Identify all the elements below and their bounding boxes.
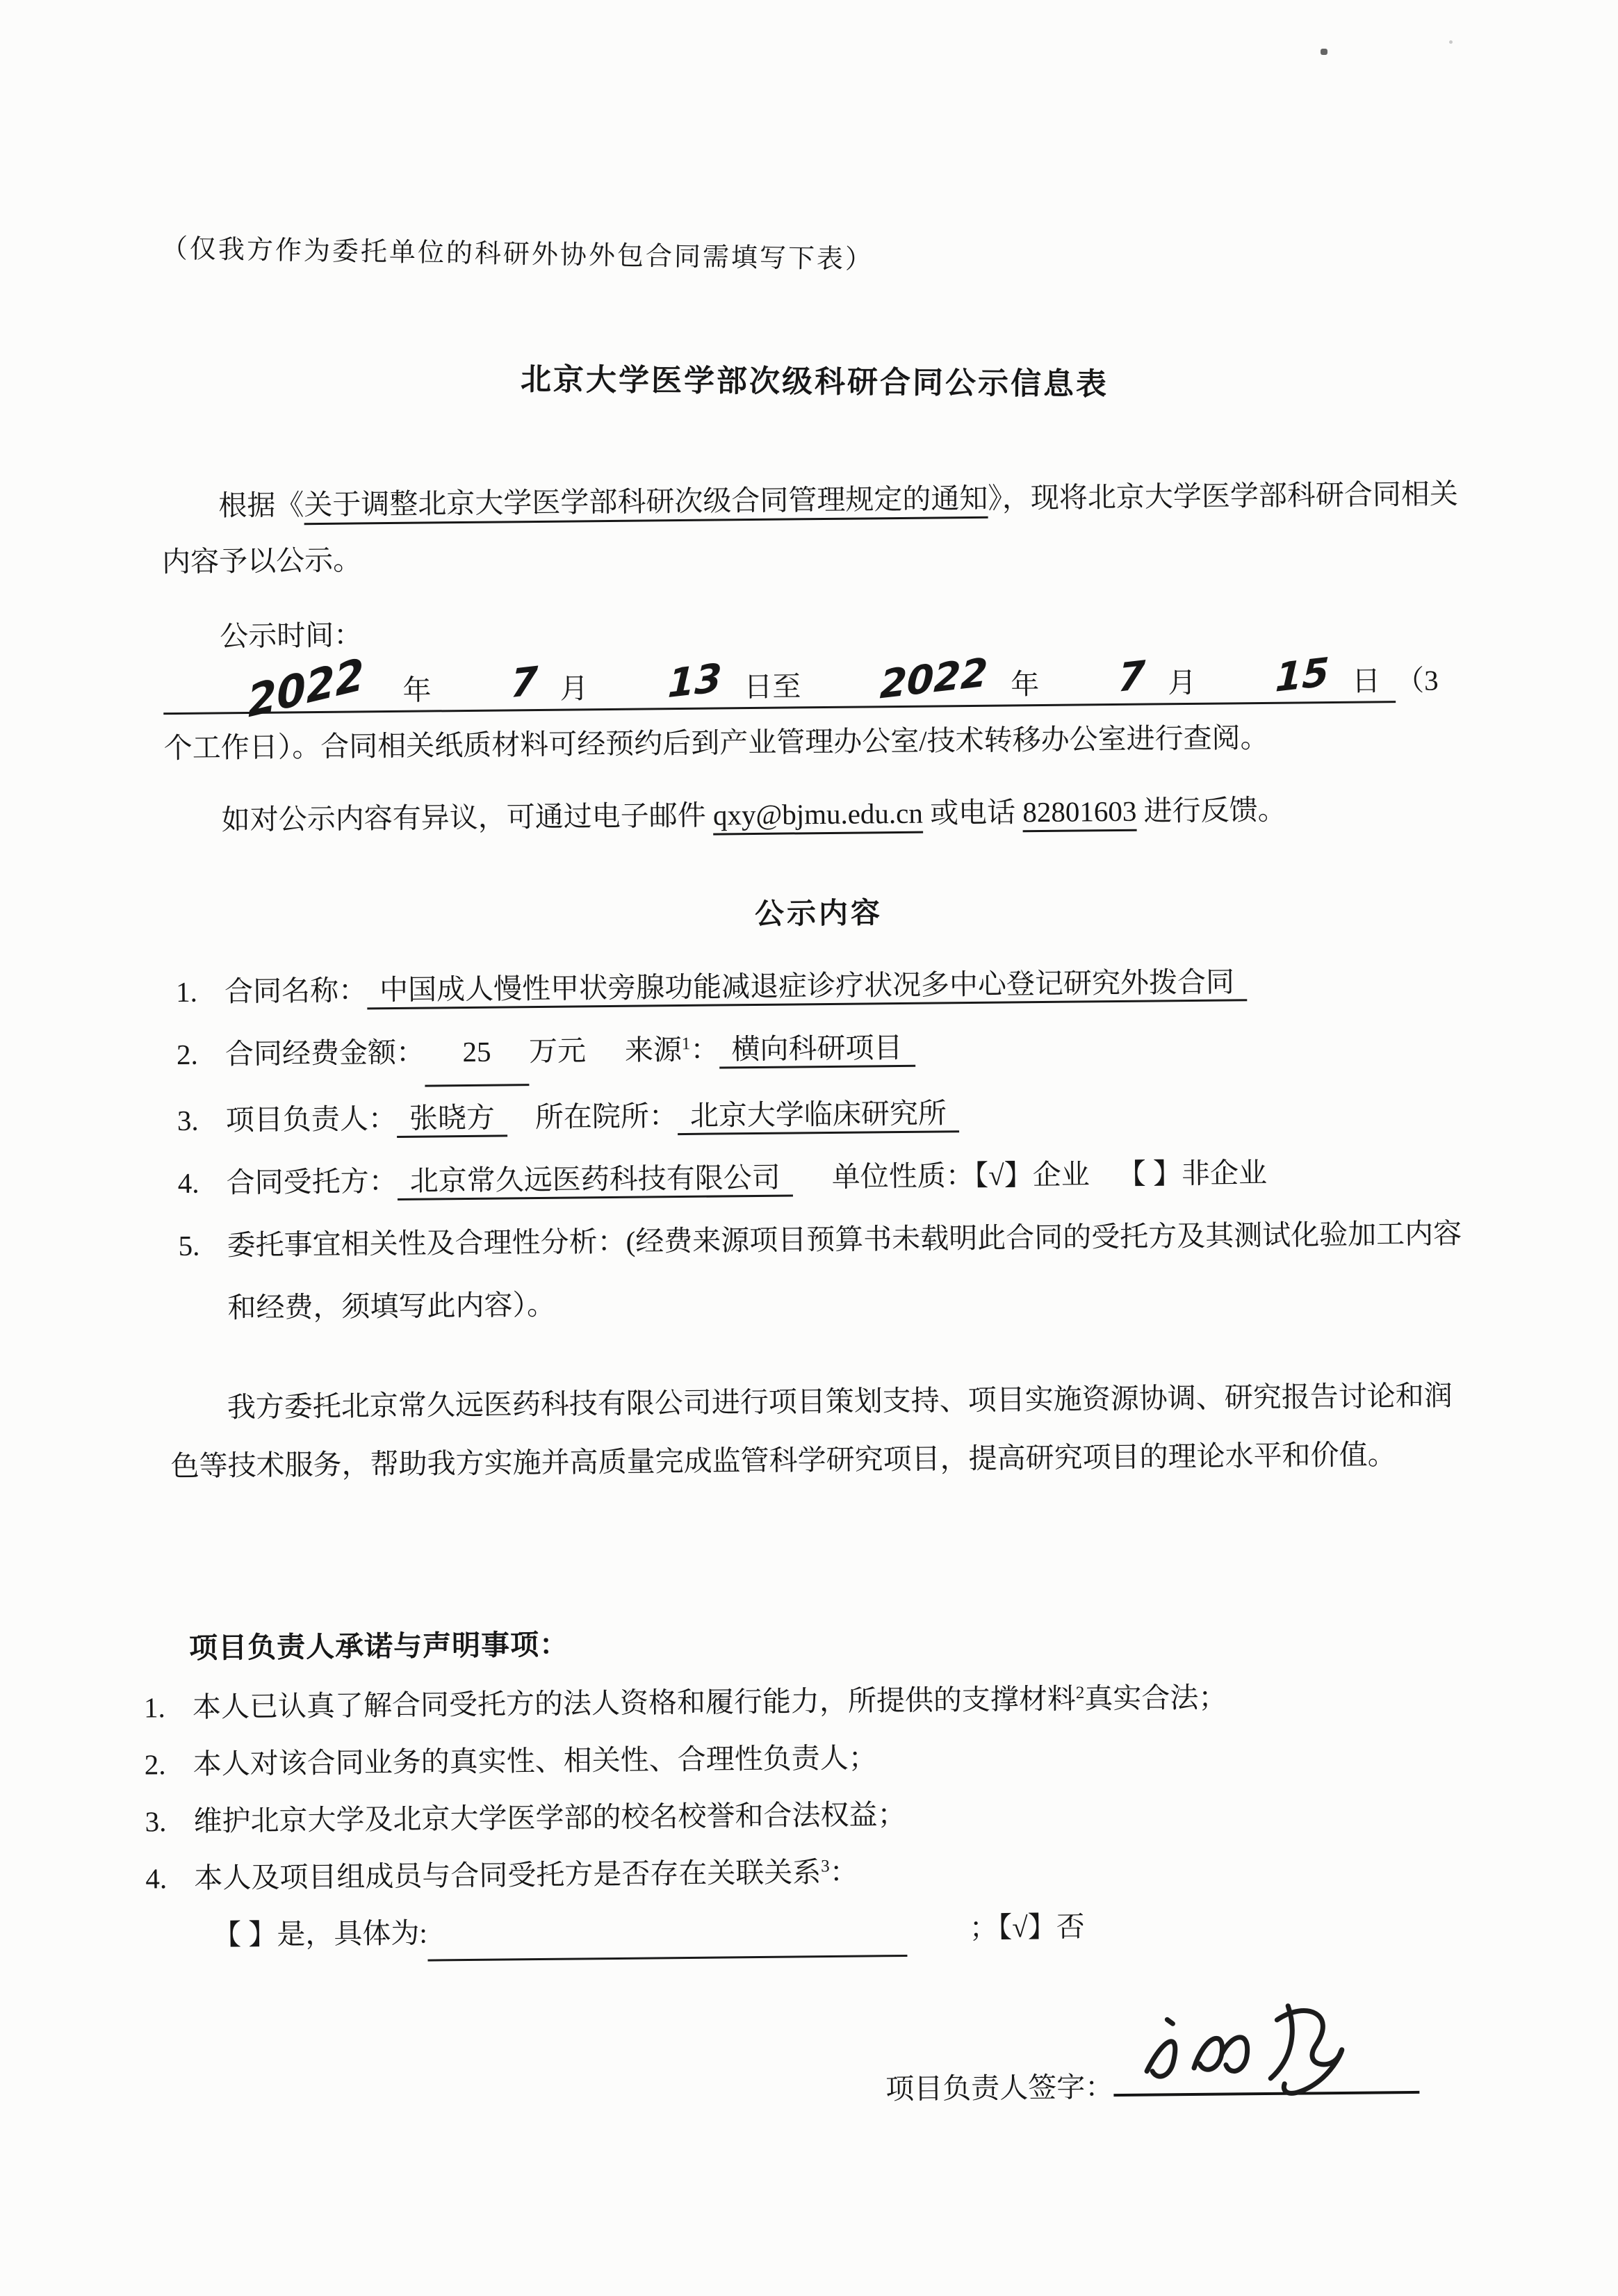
relevance-analysis-text: 委托事宜相关性及合理性分析：(经费来源项目预算书未载明此合同的受托方及其测试化验… <box>227 1202 1476 1339</box>
no-option-label: 否 <box>1056 1911 1085 1943</box>
contract-amount-value: 25 <box>425 1020 530 1086</box>
signature-blank-line <box>1113 2059 1419 2096</box>
affiliation-value: 北京大学临床研究所 <box>678 1097 959 1135</box>
relation-answer-line: 【 】是，具体为:；【√】否 <box>213 1894 1482 1964</box>
handwritten-end-year: 2022 <box>824 673 988 692</box>
handwritten-start-month: 7 <box>454 682 537 692</box>
item-number: 3. <box>135 1793 194 1850</box>
scan-artifact-dot <box>1449 40 1453 44</box>
commitment-1-post: 真实合法； <box>1084 1682 1227 1715</box>
item-text: 合同受托方：北京常久远医药科技有限公司单位性质：【√】企业【 】非企业 <box>226 1139 1475 1214</box>
item-text: 项目负责人：张晓方所在院所：北京大学临床研究所 <box>225 1077 1474 1151</box>
contract-name-value: 中国成人慢性甲状旁腺功能减退症诊疗状况多中心登记研究外拨合同 <box>367 966 1247 1009</box>
trustee-label: 合同受托方： <box>227 1165 398 1198</box>
relation-detail-blank <box>427 1930 907 1962</box>
item-number: 2. <box>134 1736 193 1793</box>
item-number: 4. <box>136 1850 195 1907</box>
amount-unit-label: 万元 <box>529 1034 586 1067</box>
funding-source-value: 横向科研项目 <box>719 1032 915 1069</box>
item-number: 4. <box>167 1151 227 1214</box>
feedback-paragraph: 如对公示内容有异议，可通过电子邮件 qxy@bjmu.edu.cn 或电话 82… <box>164 780 1471 848</box>
item-number: 2. <box>167 1023 226 1089</box>
funding-source-label: 来源 <box>625 1034 682 1066</box>
intro-paragraph: 根据《关于调整北京大学医学部科研次级合同管理规定的通知》，现将北京大学医学部科研… <box>161 466 1469 589</box>
signature-row: 项目负责人签字： <box>177 2055 1484 2124</box>
section-title-publicity-content: 公示内容 <box>165 880 1473 948</box>
commitment-section: 项目负责人承诺与声明事项： 1. 本人已认真了解合同受托方的法人资格和履行能力，… <box>172 1608 1482 1964</box>
item-number: 1. <box>134 1679 193 1736</box>
feedback-prefix: 如对公示内容有异议，可通过电子邮件 <box>222 799 714 836</box>
commitment-4-post: ： <box>830 1856 858 1888</box>
list-item-relevance-analysis: 5. 委托事宜相关性及合理性分析：(经费来源项目预算书未载明此合同的受托方及其测… <box>168 1202 1476 1340</box>
feedback-middle: 或电话 <box>923 796 1023 829</box>
project-leader-label: 项目负责人： <box>226 1102 397 1136</box>
handwritten-signature <box>1125 1991 1384 2105</box>
year-unit-label: 年 <box>1011 668 1039 700</box>
intro-prefix: 根据《 <box>218 489 304 521</box>
relation-separator: ； <box>969 1912 997 1944</box>
yes-option-label: 是，具体为: <box>277 1905 427 1963</box>
publicity-items-list: 1. 合同名称：中国成人慢性甲状旁腺功能减退症诊疗状况多中心登记研究外拨合同 2… <box>166 948 1476 1340</box>
contract-name-label: 合同名称： <box>224 974 367 1007</box>
relation-tail: ；【√】否 <box>969 1898 1085 1957</box>
checkbox-non-enterprise-unchecked: 【 】 <box>1117 1157 1182 1190</box>
commitment-4-pre: 本人及项目组成员与合同受托方是否存在关联关系 <box>194 1856 821 1894</box>
publicity-period-paragraph: 公示时间：2022年7月13日至2022年7月15日（3 个工作日）。合同相关纸… <box>163 596 1471 776</box>
checkbox-enterprise-checked: 【√】 <box>974 1159 1032 1191</box>
item-number: 1. <box>166 960 225 1023</box>
feedback-email: qxy@bjmu.edu.cn <box>713 797 923 831</box>
item-text: 合同名称：中国成人慢性甲状旁腺功能减退症诊疗状况多中心登记研究外拨合同 <box>224 948 1473 1023</box>
footnote-marker-1: 1 <box>682 1034 691 1053</box>
handwritten-start-year: 2022 <box>193 674 364 716</box>
commitment-heading: 项目负责人承诺与声明事项： <box>189 1608 1480 1676</box>
scanned-document-page: （仅我方作为委托单位的科研外协外包合同需填写下表） 北京大学医学部次级科研合同公… <box>0 0 1618 2296</box>
document-title: 北京大学医学部次级科研合同公示信息表 <box>161 349 1469 416</box>
handwritten-start-day: 13 <box>611 678 721 691</box>
referenced-notice-title: 关于调整北京大学医学部科研次级合同管理规定的通知 <box>304 482 988 521</box>
option-enterprise-label: 企业 <box>1032 1158 1089 1191</box>
affiliation-label: 所在院所： <box>535 1100 678 1133</box>
handwritten-end-day: 15 <box>1219 673 1330 685</box>
analysis-paragraph: 我方委托北京常久远医药科技有限公司进行项目策划支持、项目实施资源协调、研究报告讨… <box>170 1366 1478 1495</box>
item-number: 3. <box>167 1089 226 1152</box>
document-content: （仅我方作为委托单位的科研外协外包合同需填写下表） 北京大学医学部次级科研合同公… <box>161 221 1468 2122</box>
month-unit-label: 月 <box>1168 667 1196 699</box>
contract-amount-label: 合同经费金额： <box>225 1036 425 1070</box>
item-text: 合同经费金额：25万元来源1：横向科研项目 <box>225 1011 1474 1089</box>
handwritten-end-month: 7 <box>1062 676 1145 685</box>
signature-label: 项目负责人签字： <box>885 2059 1114 2117</box>
commitment-1-pre: 本人已认真了解合同受托方的法人资格和履行能力，所提供的支撑材料 <box>193 1683 1076 1723</box>
item-number: 5. <box>168 1214 228 1340</box>
trustee-company-name: 北京常久远医药科技有限公司 <box>398 1161 793 1200</box>
feedback-suffix: 进行反馈。 <box>1136 794 1286 827</box>
entity-nature-label: 单位性质： <box>831 1159 974 1193</box>
feedback-phone: 82801603 <box>1022 795 1136 829</box>
checkbox-yes-unchecked: 【 】 <box>213 1906 277 1964</box>
day-to-label: 日至 <box>744 670 801 703</box>
scan-artifact-speck <box>1321 49 1327 55</box>
project-leader-name: 张晓方 <box>397 1101 507 1138</box>
footnote-marker-3: 3 <box>821 1857 830 1875</box>
top-note: （仅我方作为委托单位的科研外协外包合同需填写下表） <box>161 221 1468 298</box>
checkbox-no-checked: 【√】 <box>997 1911 1056 1944</box>
publicity-period-date-blank: 2022年7月13日至2022年7月15日 <box>163 665 1396 715</box>
list-item-contract-amount: 2. 合同经费金额：25万元来源1：横向科研项目 <box>167 1011 1474 1089</box>
document-body: 根据《关于调整北京大学医学部科研次级合同管理规定的通知》，现将北京大学医学部科研… <box>161 466 1484 2124</box>
funding-source-colon: ： <box>690 1034 719 1066</box>
year-unit-label: 年 <box>402 674 431 706</box>
day-unit-label: 日 <box>1352 665 1380 697</box>
publicity-period-label: 公示时间： <box>220 619 362 652</box>
month-unit-label: 月 <box>559 672 588 704</box>
commitment-items-list: 1. 本人已认真了解合同受托方的法人资格和履行能力，所提供的支撑材料2真实合法；… <box>134 1666 1482 1964</box>
footnote-marker-2: 2 <box>1076 1684 1085 1702</box>
option-non-enterprise-label: 非企业 <box>1182 1157 1267 1189</box>
